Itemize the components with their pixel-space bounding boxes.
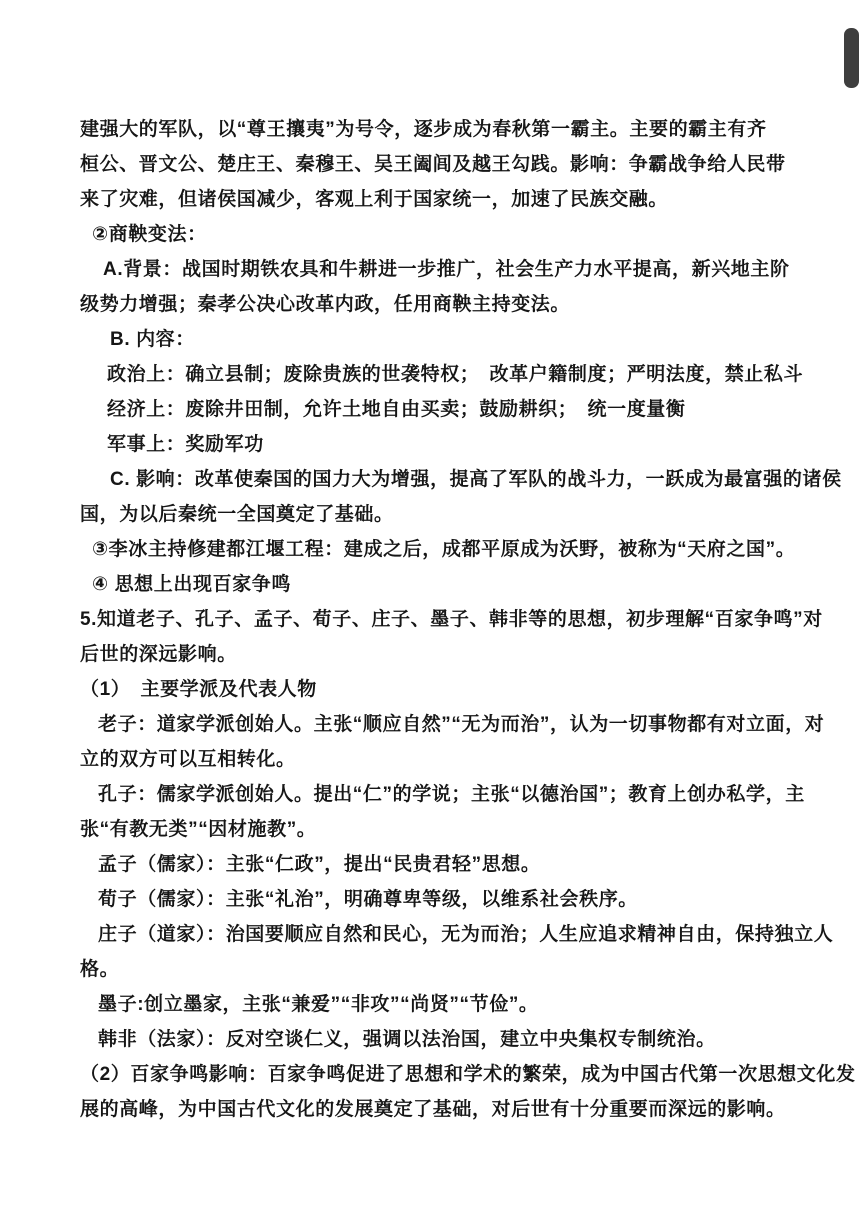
document-page: 建强大的军队，以“尊王攘夷”为号令，逐步成为春秋第一霸主。主要的霸主有齐桓公、晋… xyxy=(0,0,860,1216)
text-line: A.背景：战国时期铁农具和牛耕进一步推广，社会生产力水平提高，新兴地主阶 xyxy=(0,252,860,287)
text-line: B. 内容： xyxy=(0,322,860,357)
text-line: 后世的深远影响。 xyxy=(0,637,860,672)
text-line: 桓公、晋文公、楚庄王、秦穆王、吴王阖闾及越王勾践。影响：争霸战争给人民带 xyxy=(0,147,860,182)
text-line: 来了灾难，但诸侯国减少，客观上利于国家统一，加速了民族交融。 xyxy=(0,182,860,217)
text-line: 展的高峰，为中国古代文化的发展奠定了基础，对后世有十分重要而深远的影响。 xyxy=(0,1092,860,1127)
text-line: 荀子（儒家）：主张“礼治”，明确尊卑等级，以维系社会秩序。 xyxy=(0,882,860,917)
text-line: 庄子（道家）：治国要顺应自然和民心，无为而治；人生应追求精神自由，保持独立人 xyxy=(0,917,860,952)
text-line: 墨子:创立墨家，主张“兼爱”“非攻”“尚贤”“节俭”。 xyxy=(0,987,860,1022)
scrollbar-thumb[interactable] xyxy=(844,28,859,88)
text-line: （1） 主要学派及代表人物 xyxy=(0,672,860,707)
text-line: 经济上：废除井田制，允许土地自由买卖；鼓励耕织； 统一度量衡 xyxy=(0,392,860,427)
text-line: 国，为以后秦统一全国奠定了基础。 xyxy=(0,497,860,532)
text-line: 韩非（法家）：反对空谈仁义，强调以法治国，建立中央集权专制统治。 xyxy=(0,1022,860,1057)
text-line: 孟子（儒家）：主张“仁政”，提出“民贵君轻”思想。 xyxy=(0,847,860,882)
text-line: （2）百家争鸣影响：百家争鸣促进了思想和学术的繁荣，成为中国古代第一次思想文化发 xyxy=(0,1057,860,1092)
text-line: ②商鞅变法： xyxy=(0,217,860,252)
text-line: 建强大的军队，以“尊王攘夷”为号令，逐步成为春秋第一霸主。主要的霸主有齐 xyxy=(0,112,860,147)
text-line: 军事上：奖励军功 xyxy=(0,427,860,462)
text-line: 老子：道家学派创始人。主张“顺应自然”“无为而治”，认为一切事物都有对立面，对 xyxy=(0,707,860,742)
text-line: ③李冰主持修建都江堰工程：建成之后，成都平原成为沃野，被称为“天府之国”。 xyxy=(0,532,860,567)
text-line: 5.知道老子、孔子、孟子、荀子、庄子、墨子、韩非等的思想，初步理解“百家争鸣”对 xyxy=(0,602,860,637)
text-line: 级势力增强；秦孝公决心改革内政，任用商鞅主持变法。 xyxy=(0,287,860,322)
text-line: 政治上：确立县制；废除贵族的世袭特权； 改革户籍制度；严明法度，禁止私斗 xyxy=(0,357,860,392)
text-line: C. 影响：改革使秦国的国力大为增强，提高了军队的战斗力，一跃成为最富强的诸侯 xyxy=(0,462,860,497)
text-line: 立的双方可以互相转化。 xyxy=(0,742,860,777)
text-line: 孔子：儒家学派创始人。提出“仁”的学说；主张“以德治国”；教育上创办私学，主 xyxy=(0,777,860,812)
text-line: ④ 思想上出现百家争鸣 xyxy=(0,567,860,602)
document-lines: 建强大的军队，以“尊王攘夷”为号令，逐步成为春秋第一霸主。主要的霸主有齐桓公、晋… xyxy=(0,112,860,1127)
text-line: 张“有教无类”“因材施教”。 xyxy=(0,812,860,847)
text-line: 格。 xyxy=(0,952,860,987)
